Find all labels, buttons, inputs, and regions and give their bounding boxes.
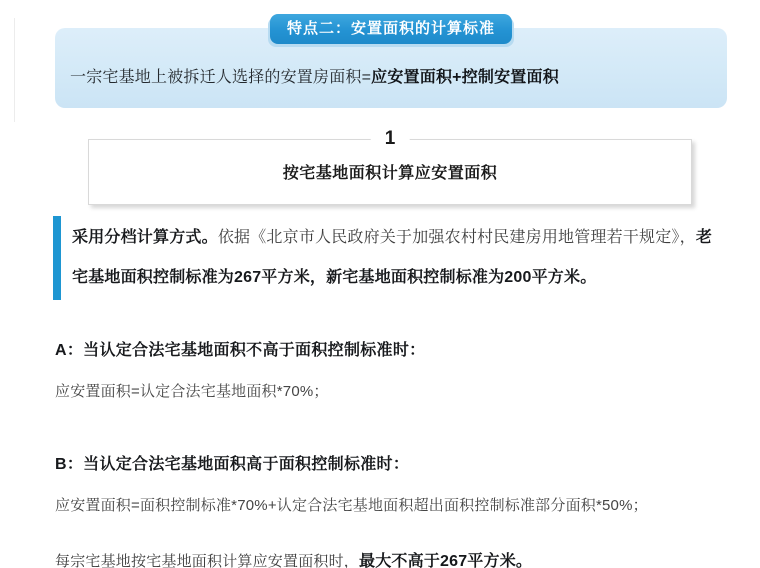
footer-limit-line: 每宗宅基地按宅基地面积计算应安置面积时，最大不高于267平方米。	[55, 548, 727, 568]
quote-bold-lead: 采用分档计算方式。	[72, 229, 218, 246]
page-edge-line	[14, 18, 15, 122]
rule-b-heading: B：当认定合法宅基地面积高于面积控制标准时：	[55, 451, 727, 474]
header-section: 一宗宅基地上被拆迁人选择的安置房面积=应安置面积+控制安置面积 特点二：安置面积…	[55, 28, 727, 108]
quote-normal: 依据《北京市人民政府关于加强农村村民建房用地管理若干规定》，	[218, 229, 696, 246]
rule-a-section: A：当认定合法宅基地面积不高于面积控制标准时： 应安置面积=认定合法宅基地面积*…	[55, 337, 727, 401]
rule-b-formula: 应安置面积=面积控制标准*70%+认定合法宅基地面积超出面积控制标准部分面积*5…	[55, 494, 727, 515]
banner-text-normal: 一宗宅基地上被拆迁人选择的安置房面积=	[70, 69, 371, 86]
article-page: 一宗宅基地上被拆迁人选择的安置房面积=应安置面积+控制安置面积 特点二：安置面积…	[0, 0, 760, 568]
rule-a-formula: 应安置面积=认定合法宅基地面积*70%；	[55, 380, 727, 401]
rule-a-heading: A：当认定合法宅基地面积不高于面积控制标准时：	[55, 337, 727, 360]
badge-label: 特点二：安置面积的计算标准	[287, 20, 495, 37]
article-content: 一宗宅基地上被拆迁人选择的安置房面积=应安置面积+控制安置面积 特点二：安置面积…	[55, 0, 727, 568]
footer-text-normal: 每宗宅基地按宅基地面积计算应安置面积时，	[55, 553, 359, 568]
rule-quote: 采用分档计算方式。依据《北京市人民政府关于加强农村村民建房用地管理若干规定》，老…	[53, 216, 727, 300]
step-title: 按宅基地面积计算应安置面积	[89, 140, 691, 208]
section-title-badge: 特点二：安置面积的计算标准	[270, 14, 512, 44]
rule-b-section: B：当认定合法宅基地面积高于面积控制标准时： 应安置面积=面积控制标准*70%+…	[55, 451, 727, 515]
step-number: 1	[371, 128, 410, 150]
step-box: 1 按宅基地面积计算应安置面积	[88, 139, 692, 205]
banner-text-bold: 应安置面积+控制安置面积	[371, 69, 559, 86]
footer-text-bold: 最大不高于267平方米。	[359, 553, 532, 568]
